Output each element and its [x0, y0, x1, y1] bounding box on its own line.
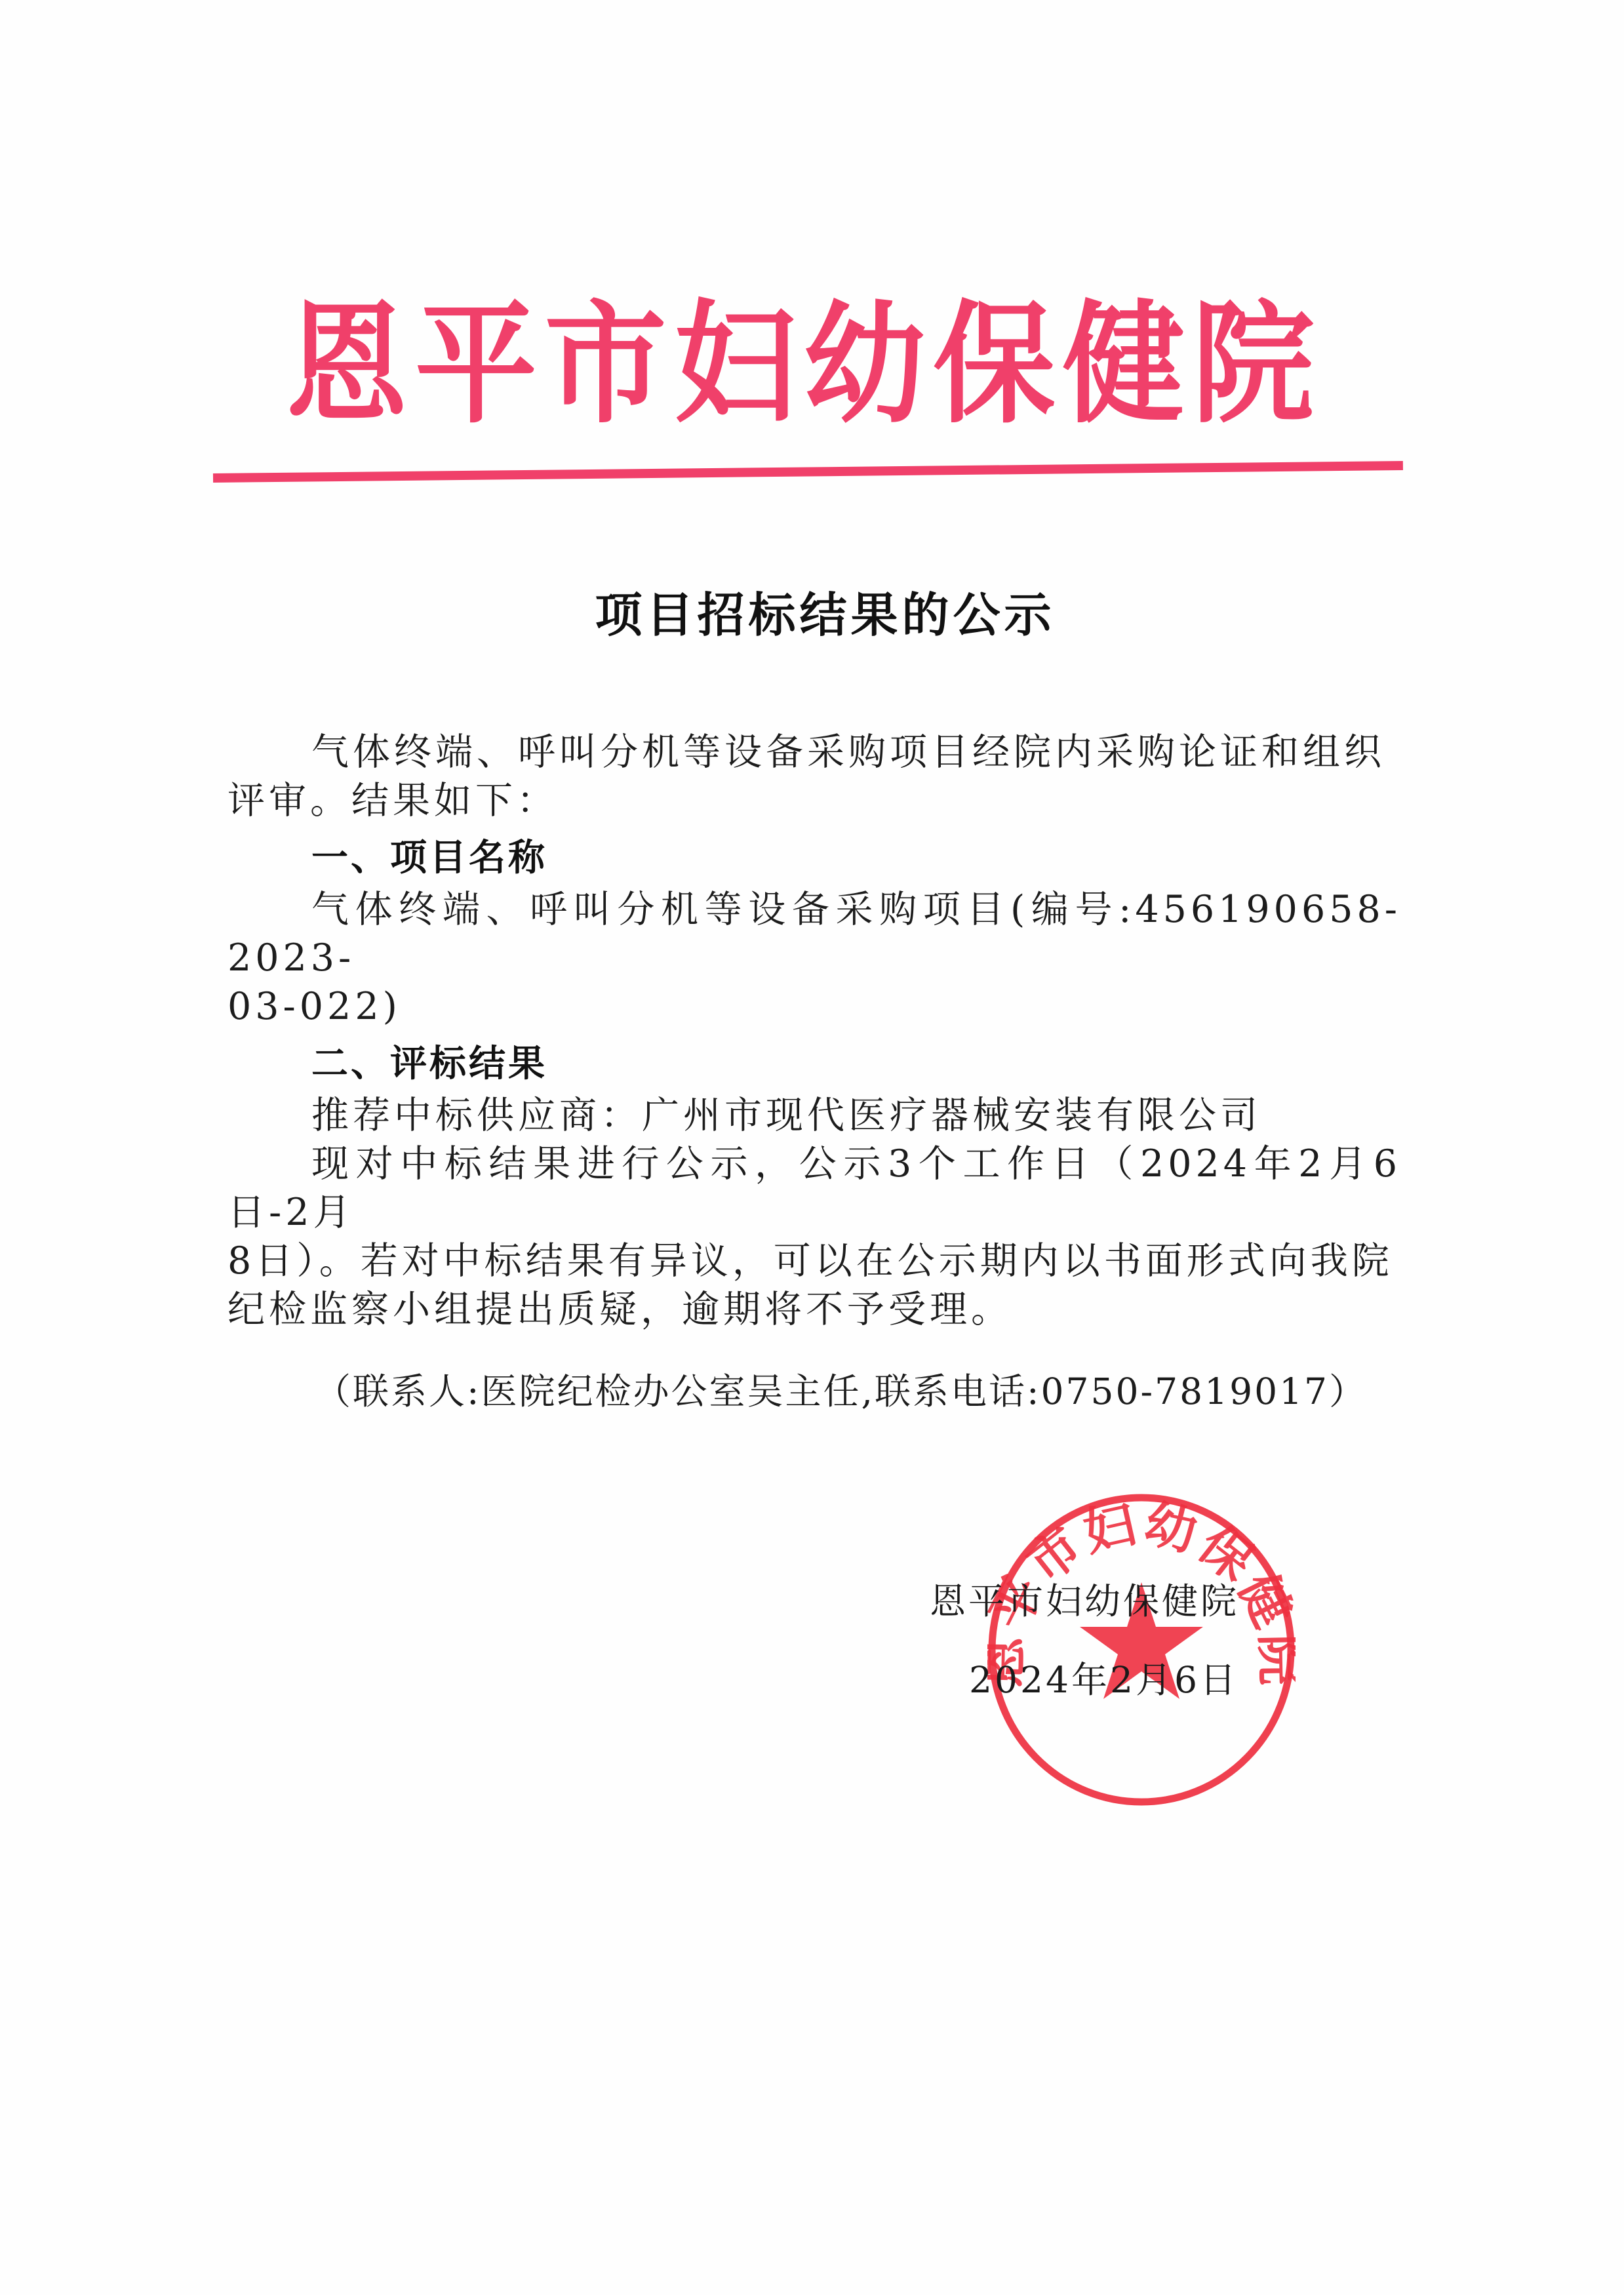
official-seal-icon: 恩平市妇幼保健院: [987, 1494, 1296, 1806]
project-name-line-1: 气体终端、呼叫分机等设备采购项目(编号:456190658-2023-: [228, 888, 1401, 980]
section-heading-project-name: 一、项目名称: [228, 831, 1401, 885]
section-heading-evaluation-result: 二、评标结果: [228, 1037, 1401, 1091]
letterhead-char: 恩: [282, 298, 411, 430]
letterhead-divider: [213, 461, 1403, 483]
document-body: 气体终端、呼叫分机等设备采购项目经院内采购论证和组织 评审。结果如下： 一、项目…: [228, 728, 1401, 1334]
notice-line-1: 现对中标结果进行公示，公示3个工作日（2024年2月6日-2月: [228, 1142, 1401, 1234]
letterhead-org-name: 恩 平 市 妇 幼 保 健 院: [282, 289, 1318, 439]
recommended-supplier: 推荐中标供应商：广州市现代医疗器械安装有限公司: [228, 1091, 1401, 1140]
letterhead-char: 幼: [800, 298, 929, 430]
letterhead-char: 院: [1189, 298, 1318, 430]
document-page: 恩 平 市 妇 幼 保 健 院 项目招标结果的公示 气体终端、呼叫分机等设备采购…: [0, 0, 1624, 2295]
document-title: 项目招标结果的公示: [0, 577, 1624, 645]
project-name-paragraph: 气体终端、呼叫分机等设备采购项目(编号:456190658-2023- 03-0…: [228, 885, 1401, 1031]
intro-line-1: 气体终端、呼叫分机等设备采购项目经院内采购论证和组织: [311, 730, 1385, 774]
letterhead-char: 保: [930, 298, 1059, 430]
notice-line-3: 纪检监察小组提出质疑，逾期将不予受理。: [228, 1288, 1012, 1331]
letterhead-char: 平: [412, 298, 541, 430]
notice-paragraph: 现对中标结果进行公示，公示3个工作日（2024年2月6日-2月 8日）。若对中标…: [228, 1140, 1401, 1334]
project-name-line-2: 03-022): [228, 985, 401, 1028]
signature-date: 2024年2月6日: [969, 1651, 1238, 1703]
signature-organization: 恩平市妇幼保健院: [930, 1572, 1239, 1624]
letterhead-char: 市: [541, 298, 670, 430]
intro-paragraph: 气体终端、呼叫分机等设备采购项目经院内采购论证和组织 评审。结果如下：: [228, 728, 1401, 825]
intro-line-2: 评审。结果如下：: [228, 779, 558, 822]
letterhead-char: 妇: [671, 298, 800, 430]
notice-line-2: 8日）。若对中标结果有异议，可以在公示期内以书面形式向我院: [228, 1239, 1393, 1283]
contact-info: （联系人:医院纪检办公室吴主任,联系电话:0750-7819017）: [315, 1367, 1416, 1416]
letterhead-char: 健: [1059, 298, 1188, 430]
